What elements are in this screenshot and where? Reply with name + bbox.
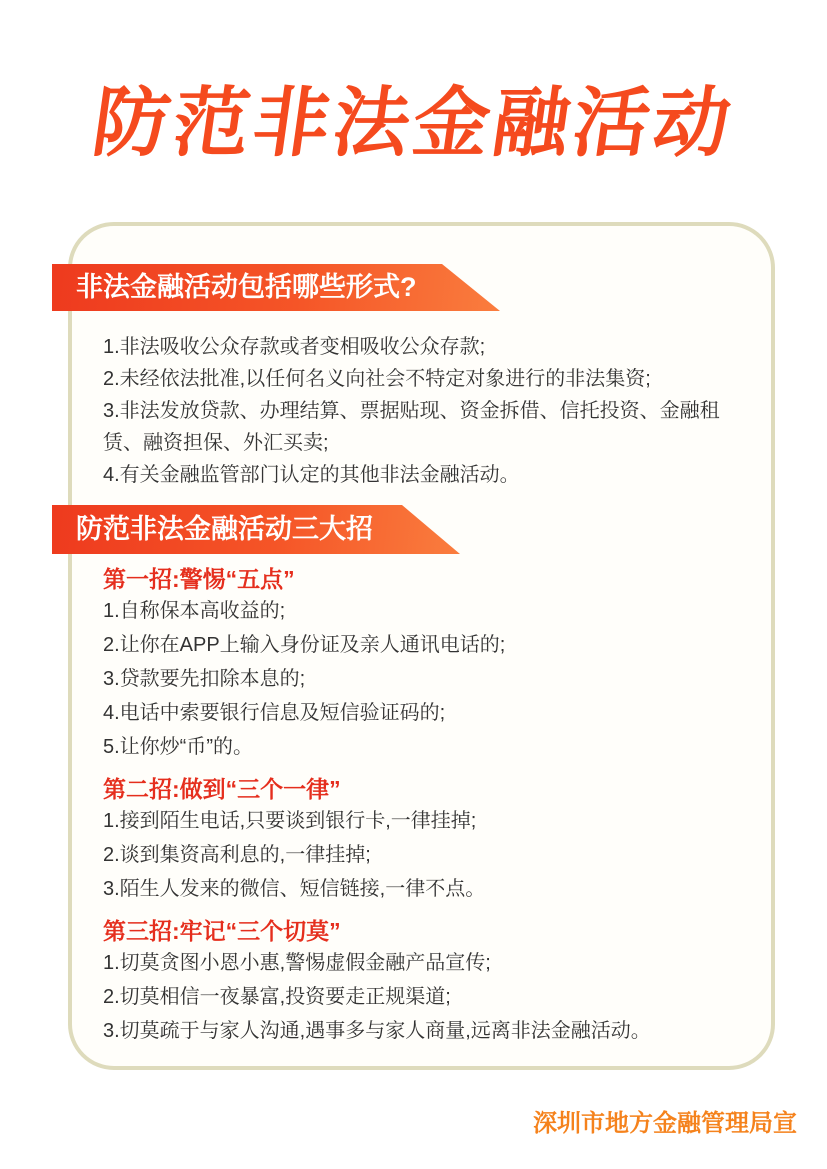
- tip-1-item: 4.电话中索要银行信息及短信验证码的;: [103, 696, 741, 730]
- poster-title: 防范非法金融活动: [0, 72, 827, 176]
- tip-1-heading: 第一招:警惕“五点”: [103, 564, 741, 594]
- tip-1-list: 1.自称保本高收益的; 2.让你在APP上输入身份证及亲人通讯电话的; 3.贷款…: [103, 594, 741, 764]
- poster-page: 防范非法金融活动 非法金融活动包括哪些形式? 1.非法吸收公众存款或者变相吸收公…: [0, 0, 827, 1169]
- tip-1-item: 1.自称保本高收益的;: [103, 594, 741, 628]
- banner-forms-label: 非法金融活动包括哪些形式?: [76, 272, 417, 302]
- tip-3-item: 2.切莫相信一夜暴富,投资要走正规渠道;: [103, 980, 741, 1014]
- banner-forms: 非法金融活动包括哪些形式?: [52, 264, 500, 311]
- content-card: 非法金融活动包括哪些形式? 1.非法吸收公众存款或者变相吸收公众存款; 2.未经…: [68, 222, 775, 1070]
- tip-2-item: 2.谈到集资高利息的,一律挂掉;: [103, 838, 741, 872]
- tip-1-item: 3.贷款要先扣除本息的;: [103, 662, 741, 696]
- publisher-credit: 深圳市地方金融管理局宣: [533, 1103, 797, 1138]
- tip-2-heading: 第二招:做到“三个一律”: [103, 774, 741, 804]
- banner-tips: 防范非法金融活动三大招: [52, 505, 460, 554]
- forms-list-item: 4.有关金融监管部门认定的其他非法金融活动。: [103, 459, 741, 491]
- forms-list: 1.非法吸收公众存款或者变相吸收公众存款; 2.未经依法批准,以任何名义向社会不…: [72, 331, 771, 491]
- tips-section: 第一招:警惕“五点” 1.自称保本高收益的; 2.让你在APP上输入身份证及亲人…: [72, 564, 771, 1048]
- tip-2-item: 3.陌生人发来的微信、短信链接,一律不点。: [103, 872, 741, 906]
- banner-tips-label: 防范非法金融活动三大招: [76, 514, 373, 544]
- tip-2-item: 1.接到陌生电话,只要谈到银行卡,一律挂掉;: [103, 804, 741, 838]
- tip-1-item: 5.让你炒“币”的。: [103, 730, 741, 764]
- tip-1-item: 2.让你在APP上输入身份证及亲人通讯电话的;: [103, 628, 741, 662]
- tip-3-heading: 第三招:牢记“三个切莫”: [103, 916, 741, 946]
- tip-2-list: 1.接到陌生电话,只要谈到银行卡,一律挂掉; 2.谈到集资高利息的,一律挂掉; …: [103, 804, 741, 906]
- tip-3-list: 1.切莫贪图小恩小惠,警惕虚假金融产品宣传; 2.切莫相信一夜暴富,投资要走正规…: [103, 946, 741, 1048]
- tip-3-item: 1.切莫贪图小恩小惠,警惕虚假金融产品宣传;: [103, 946, 741, 980]
- tip-3-item: 3.切莫疏于与家人沟通,遇事多与家人商量,远离非法金融活动。: [103, 1014, 741, 1048]
- forms-list-item: 3.非法发放贷款、办理结算、票据贴现、资金拆借、信托投资、金融租赁、融资担保、外…: [103, 395, 741, 459]
- forms-list-item: 2.未经依法批准,以任何名义向社会不特定对象进行的非法集资;: [103, 363, 741, 395]
- forms-list-item: 1.非法吸收公众存款或者变相吸收公众存款;: [103, 331, 741, 363]
